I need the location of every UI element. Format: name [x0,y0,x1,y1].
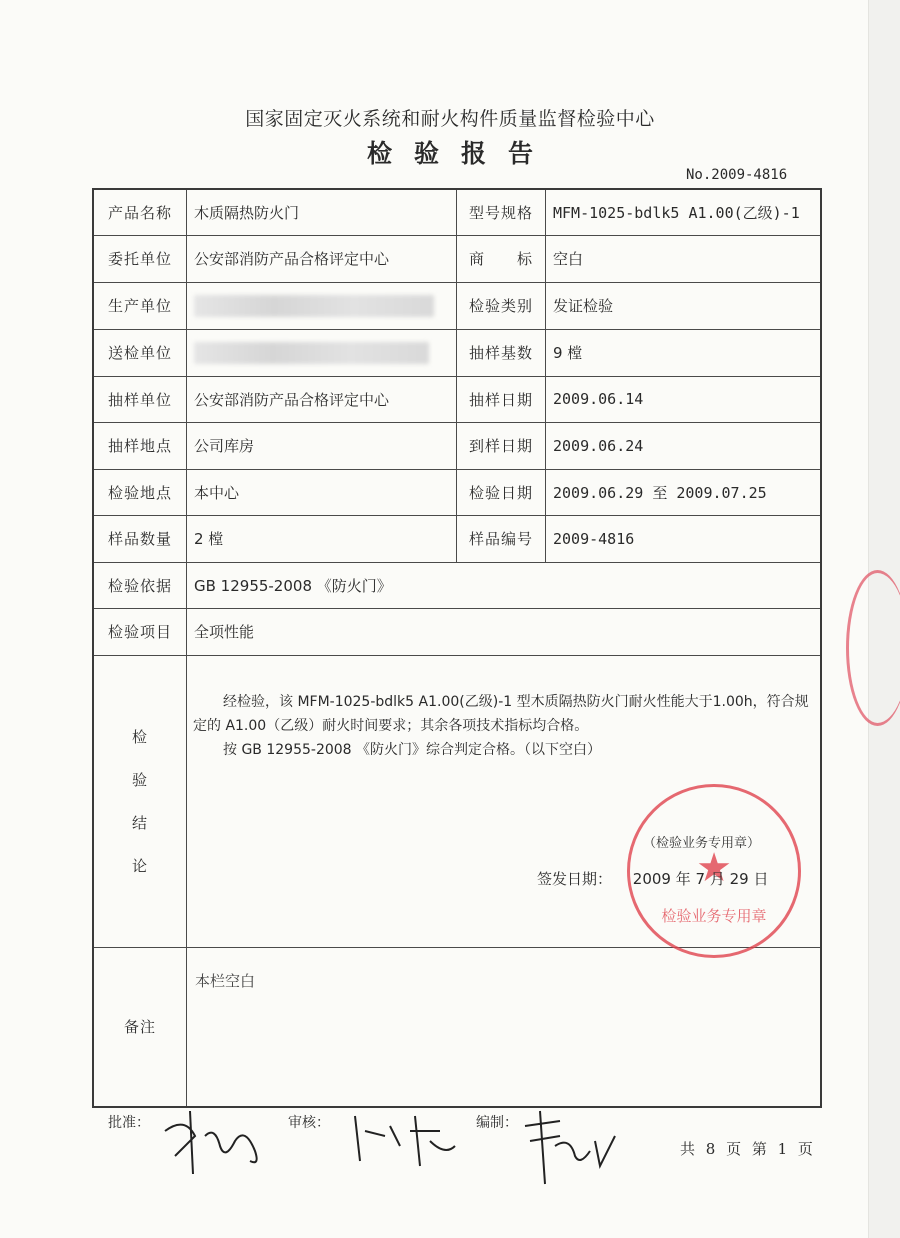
field-label: 型号规格 [457,189,546,235]
field-value: 本中心 [187,469,457,515]
field-value: GB 12955-2008 《防火门》 [187,562,822,608]
partial-seal-stamp [846,570,900,726]
field-label: 抽样基数 [457,329,546,376]
reviewer-signature [345,1106,465,1176]
field-label: 检验类别 [457,282,546,329]
field-value: 空白 [546,235,822,282]
field-value: 木质隔热防火门 [187,189,457,235]
field-value: 公安部消防产品合格评定中心 [187,235,457,282]
field-value: 公安部消防产品合格评定中心 [187,376,457,422]
document-number: No.2009-4816 [686,167,787,183]
page-indicator: 共 8 页 第 1 页 [680,1138,816,1159]
field-label: 检验依据 [93,562,187,608]
field-value: 2009-4816 [546,515,822,562]
approver-signature [155,1106,275,1176]
field-label: 送检单位 [93,329,187,376]
field-value: 公司库房 [187,422,457,469]
remarks-cell: 本栏空白 [187,947,822,1107]
field-value: MFM-1025-bdlk5 A1.00(乙级)-1 [546,189,822,235]
field-label: 委托单位 [93,235,187,282]
conclusion-cell: 经检验，该 MFM-1025-bdlk5 A1.00(乙级)-1 型木质隔热防火… [187,655,822,947]
field-value: 2009.06.14 [546,376,822,422]
table-row: 抽样地点 公司库房 到样日期 2009.06.24 [93,422,821,469]
field-label: 生产单位 [93,282,187,329]
redacted-value [187,282,457,329]
preparer-signature [515,1106,625,1186]
approve-label: 批准： [108,1112,150,1132]
report-title: 检验报告 [0,134,900,170]
issue-date: 签发日期： 2009 年 7 月 29 日 [537,868,768,889]
field-label: 商 标 [457,235,546,282]
field-label: 样品数量 [93,515,187,562]
prepare-label: 编制： [476,1112,518,1132]
conclusion-text: 经检验，该 MFM-1025-bdlk5 A1.00(乙级)-1 型木质隔热防火… [193,690,815,738]
field-label: 抽样地点 [93,422,187,469]
table-row: 检验依据 GB 12955-2008 《防火门》 [93,562,821,608]
field-value: 全项性能 [187,608,822,655]
field-label: 检验日期 [457,469,546,515]
field-value: 2 樘 [187,515,457,562]
table-row: 样品数量 2 樘 样品编号 2009-4816 [93,515,821,562]
table-row: 委托单位 公安部消防产品合格评定中心 商 标 空白 [93,235,821,282]
report-table: 产品名称 木质隔热防火门 型号规格 MFM-1025-bdlk5 A1.00(乙… [92,188,822,1108]
conclusion-row: 检 验 结 论 经检验，该 MFM-1025-bdlk5 A1.00(乙级)-1… [93,655,821,947]
field-label: 样品编号 [457,515,546,562]
table-row: 抽样单位 公安部消防产品合格评定中心 抽样日期 2009.06.14 [93,376,821,422]
field-label: 检验项目 [93,608,187,655]
seal-note: （检验业务专用章） [643,832,760,851]
conclusion-label: 检 验 结 论 [93,655,187,947]
field-label: 抽样日期 [457,376,546,422]
field-label: 到样日期 [457,422,546,469]
table-row: 检验地点 本中心 检验日期 2009.06.29 至 2009.07.25 [93,469,821,515]
field-label: 产品名称 [93,189,187,235]
field-value: 9 樘 [546,329,822,376]
redacted-value [187,329,457,376]
review-label: 审核： [288,1112,330,1132]
field-value: 发证检验 [546,282,822,329]
remarks-label: 备注 [93,947,187,1107]
table-row: 产品名称 木质隔热防火门 型号规格 MFM-1025-bdlk5 A1.00(乙… [93,189,821,235]
field-label: 抽样单位 [93,376,187,422]
field-value: 2009.06.24 [546,422,822,469]
field-label: 检验地点 [93,469,187,515]
field-value: 2009.06.29 至 2009.07.25 [546,469,822,515]
remarks-row: 备注 本栏空白 [93,947,821,1107]
table-row: 检验项目 全项性能 [93,608,821,655]
table-row: 送检单位 抽样基数 9 樘 [93,329,821,376]
organization-name: 国家固定灭火系统和耐火构件质量监督检验中心 [0,104,900,131]
remarks-value: 本栏空白 [195,970,255,991]
conclusion-verdict: 按 GB 12955-2008 《防火门》综合判定合格。（以下空白） [223,738,601,762]
table-row: 生产单位 检验类别 发证检验 [93,282,821,329]
